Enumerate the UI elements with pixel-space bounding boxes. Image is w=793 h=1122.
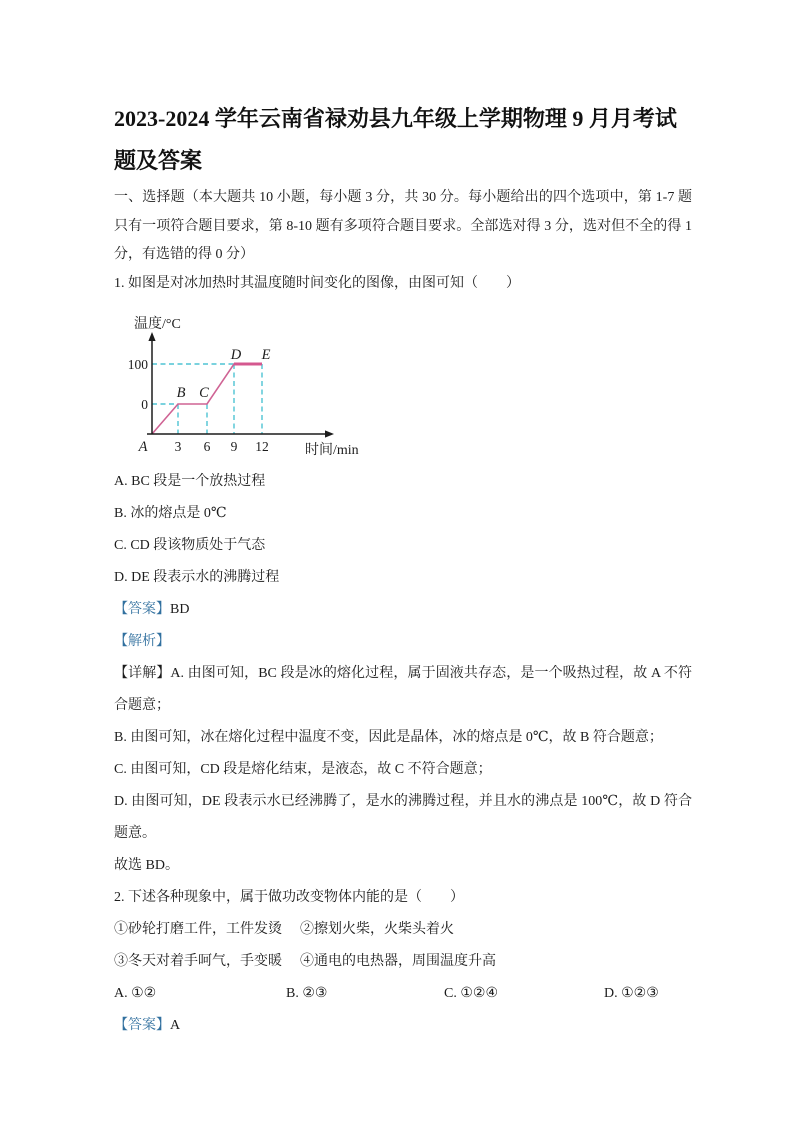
question1-answer-block: 【答案】BD 【解析】 【详解】A. 由图可知，BC 段是冰的熔化过程，属于固液… <box>114 594 692 1042</box>
point-label-B: B <box>177 385 186 401</box>
detail-line-b: B. 由图可知，冰在熔化过程中温度不变，因此是晶体，冰的熔点是 0℃，故 B 符… <box>114 722 692 754</box>
point-label-A: A <box>138 439 148 455</box>
temperature-time-chart: 温度/°C 时间/min 100 0 3 6 9 12 A B C D E <box>118 308 378 463</box>
detail-line-c: C. 由图可知，CD 段是熔化结束，是液态，故 C 不符合题意； <box>114 754 692 786</box>
detail-line-d: D. 由图可知，DE 段表示水已经沸腾了，是水的沸腾过程，并且水的沸点是 100… <box>114 786 692 850</box>
y-tick-0: 0 <box>141 397 148 412</box>
conclusion-line: 故选 BD。 <box>114 850 692 882</box>
item-4: ④通电的电热器，周围温度升高 <box>300 946 496 978</box>
x-tick-3: 3 <box>175 439 182 454</box>
question2-stem: 2. 下述各种现象中，属于做功改变物体内能的是（ ） <box>114 882 692 914</box>
analysis-marker: 【解析】 <box>114 626 692 658</box>
section-intro: 一、选择题（本大题共 10 小题，每小题 3 分，共 30 分。每小题给出的四个… <box>114 184 692 270</box>
answer-row-q2: 【答案】A <box>114 1010 692 1042</box>
page-title: 2023-2024 学年云南省禄劝县九年级上学期物理 9 月月考试题及答案 <box>114 98 692 182</box>
point-label-C: C <box>199 385 209 401</box>
y-axis-label: 温度/°C <box>134 315 181 332</box>
y-tick-100: 100 <box>128 357 149 372</box>
answer-value-q2: A <box>170 1018 180 1033</box>
question2-items-row1: ①砂轮打磨工件，工件发烫 ②擦划火柴，火柴头着火 <box>114 914 692 946</box>
item-3: ③冬天对着手呵气，手变暖 <box>114 946 300 978</box>
question1-options: A. BC 段是一个放热过程 B. 冰的熔点是 0℃ C. CD 段该物质处于气… <box>114 466 692 594</box>
x-tick-9: 9 <box>231 439 238 454</box>
question2-items-row2: ③冬天对着手呵气，手变暖 ④通电的电热器，周围温度升高 <box>114 946 692 978</box>
item-2: ②擦划火柴，火柴头着火 <box>300 914 454 946</box>
exam-page: 2023-2024 学年云南省禄劝县九年级上学期物理 9 月月考试题及答案 一、… <box>0 0 793 1122</box>
question1-option-a: A. BC 段是一个放热过程 <box>114 466 692 498</box>
x-tick-12: 12 <box>255 439 269 454</box>
x-axis-label: 时间/min <box>305 442 359 458</box>
question1-option-d: D. DE 段表示水的沸腾过程 <box>114 562 692 594</box>
answer-marker-q2: 【答案】 <box>114 1018 170 1033</box>
point-label-D: D <box>230 347 242 363</box>
y-axis-arrow-icon <box>148 332 155 341</box>
question2-option-a: A. ①② <box>114 978 286 1010</box>
x-tick-6: 6 <box>204 439 211 454</box>
question2-option-b: B. ②③ <box>286 978 444 1010</box>
answer-marker: 【答案】 <box>114 602 170 617</box>
detail-line-a: 【详解】A. 由图可知，BC 段是冰的熔化过程，属于固液共存态，是一个吸热过程，… <box>114 658 692 722</box>
question2-option-d: D. ①②③ <box>604 978 659 1010</box>
question2-options-row: A. ①② B. ②③ C. ①②④ D. ①②③ <box>114 978 692 1010</box>
point-label-E: E <box>261 347 271 363</box>
item-1: ①砂轮打磨工件，工件发烫 <box>114 914 300 946</box>
question1-option-c: C. CD 段该物质处于气态 <box>114 530 692 562</box>
x-axis-arrow-icon <box>325 430 334 437</box>
page-content: 2023-2024 学年云南省禄劝县九年级上学期物理 9 月月考试题及答案 一、… <box>114 0 692 1042</box>
question2-option-c: C. ①②④ <box>444 978 604 1010</box>
answer-value-q1: BD <box>170 602 189 617</box>
answer-row-q1: 【答案】BD <box>114 594 692 626</box>
question1-option-b: B. 冰的熔点是 0℃ <box>114 498 692 530</box>
question1-stem: 1. 如图是对冰加热时其温度随时间变化的图像，由图可知（ ） <box>114 270 692 299</box>
